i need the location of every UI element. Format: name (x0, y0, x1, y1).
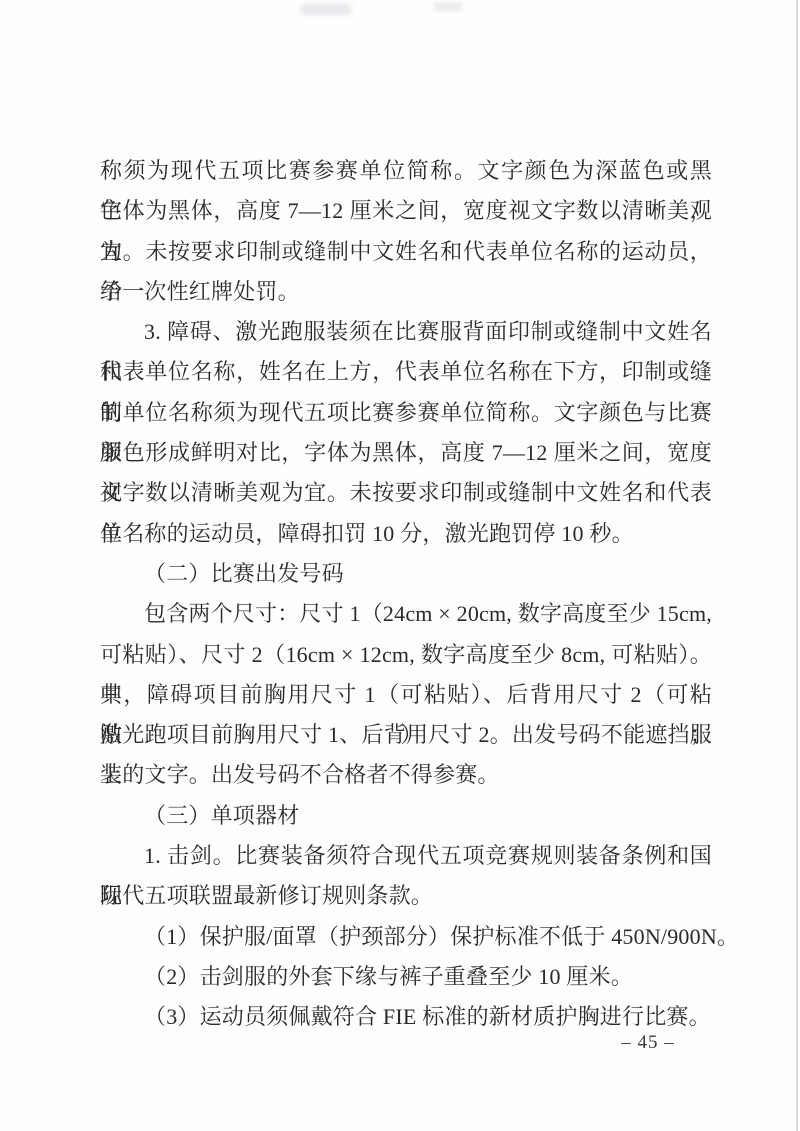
text-line: 位名称的运动员，障碍扣罚 10 分，激光跑罚停 10 秒。 (100, 514, 712, 554)
text-line: （2）击剑服的外套下缘与裤子重叠至少 10 厘米。 (100, 957, 712, 997)
text-line: 3. 障碍、激光跑服装须在比赛服背面印制或缝制中文姓名和 (100, 312, 712, 352)
text-line: 代表单位名称，姓名在上方，代表单位名称在下方，印制或缝制 (100, 352, 712, 392)
text-line: （1）保护服/面罩（护颈部分）保护标准不低于 450N/900N。 (100, 917, 712, 957)
page-number: – 45 – (596, 1030, 700, 1056)
page-edge-shadow (796, 0, 798, 1131)
text-line: （二）比赛出发号码 (100, 554, 712, 594)
text-line: 上的文字。出发号码不合格者不得参赛。 (100, 755, 712, 795)
text-line: 颜色形成鲜明对比，字体为黑体，高度 7—12 厘米之间，宽度视 (100, 433, 712, 473)
text-line: 宜。未按要求印制或缝制中文姓名和代表单位名称的运动员，给 (100, 232, 712, 272)
scanned-document-page: 称须为现代五项比赛参赛单位简称。文字颜色为深蓝色或黑色，字体为黑体，高度 7—1… (0, 0, 800, 1131)
document-body-text: 称须为现代五项比赛参赛单位简称。文字颜色为深蓝色或黑色，字体为黑体，高度 7—1… (100, 151, 712, 1038)
text-line: 字体为黑体，高度 7—12 厘米之间，宽度视文字数以清晰美观为 (100, 191, 712, 231)
text-line: 1. 击剑。比赛装备须符合现代五项竞赛规则装备条例和国际 (100, 836, 712, 876)
text-line: 文字数以清晰美观为宜。未按要求印制或缝制中文姓名和代表单 (100, 473, 712, 513)
text-line: 予一次性红牌处罚。 (100, 272, 712, 312)
text-line: 包含两个尺寸：尺寸 1（24cm × 20cm, 数字高度至少 15cm, (100, 594, 712, 634)
scan-smudge (433, 2, 463, 11)
text-line: 可粘贴）、尺寸 2（16cm × 12cm, 数字高度至少 8cm, 可粘贴）。… (100, 635, 712, 675)
text-line: 激光跑项目前胸用尺寸 1、后背用尺寸 2。出发号码不能遮挡服装 (100, 715, 712, 755)
text-line: （三）单项器材 (100, 796, 712, 836)
scan-smudge (300, 4, 352, 15)
text-line: 现代五项联盟最新修订规则条款。 (100, 876, 712, 916)
text-line: 中，障碍项目前胸用尺寸 1（可粘贴）、后背用尺寸 2（可粘贴）； (100, 675, 712, 715)
text-line: 的单位名称须为现代五项比赛参赛单位简称。文字颜色与比赛服 (100, 393, 712, 433)
text-line: 称须为现代五项比赛参赛单位简称。文字颜色为深蓝色或黑色， (100, 151, 712, 191)
